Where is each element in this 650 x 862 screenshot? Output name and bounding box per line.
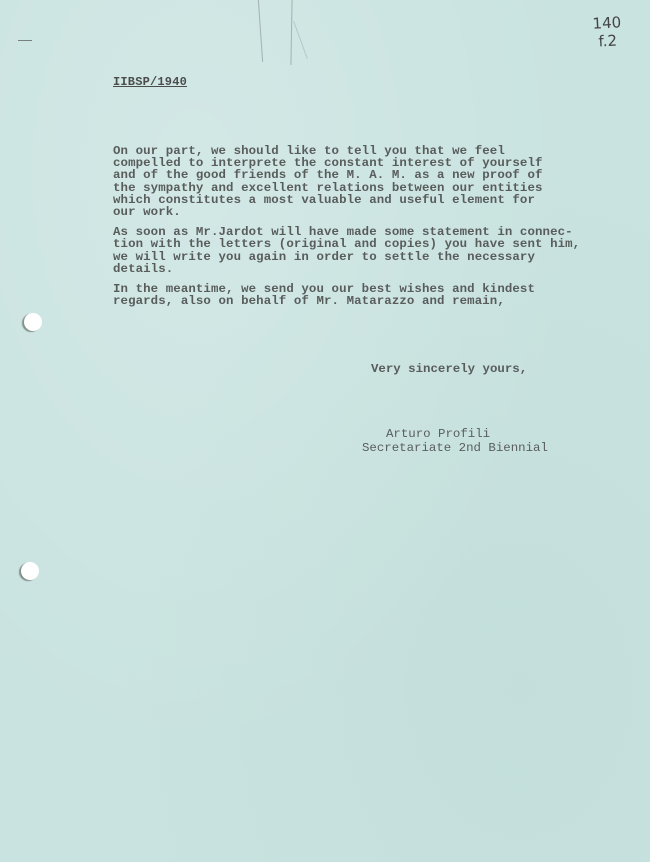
paragraph-2: As soon as Mr.Jardot will have made some… xyxy=(113,226,623,275)
closing-salutation: Very sincerely yours, xyxy=(371,362,527,376)
letter-body: On our part, we should like to tell you … xyxy=(113,145,623,315)
punch-hole xyxy=(21,562,39,580)
paper-crease xyxy=(258,0,263,62)
annotation-page-number: 140 xyxy=(592,13,622,32)
pencil-mark xyxy=(18,40,32,41)
punch-hole xyxy=(24,313,42,331)
paragraph-1: On our part, we should like to tell you … xyxy=(113,145,623,218)
paper-crease xyxy=(293,21,308,59)
reference-number: IIBSP/1940 xyxy=(113,75,187,89)
signature-block: Arturo Profili Secretariate 2nd Biennial xyxy=(362,427,548,455)
paragraph-3: In the meantime, we send you our best wi… xyxy=(113,283,623,307)
signatory-title: Secretariate 2nd Biennial xyxy=(362,441,548,455)
handwritten-annotation: 140 f.2 xyxy=(592,13,622,50)
annotation-folio: f.2 xyxy=(593,31,623,50)
letter-page: 140 f.2 IIBSP/1940 On our part, we shoul… xyxy=(0,0,650,862)
signatory-name: Arturo Profili xyxy=(362,427,548,441)
paper-crease xyxy=(290,0,292,65)
